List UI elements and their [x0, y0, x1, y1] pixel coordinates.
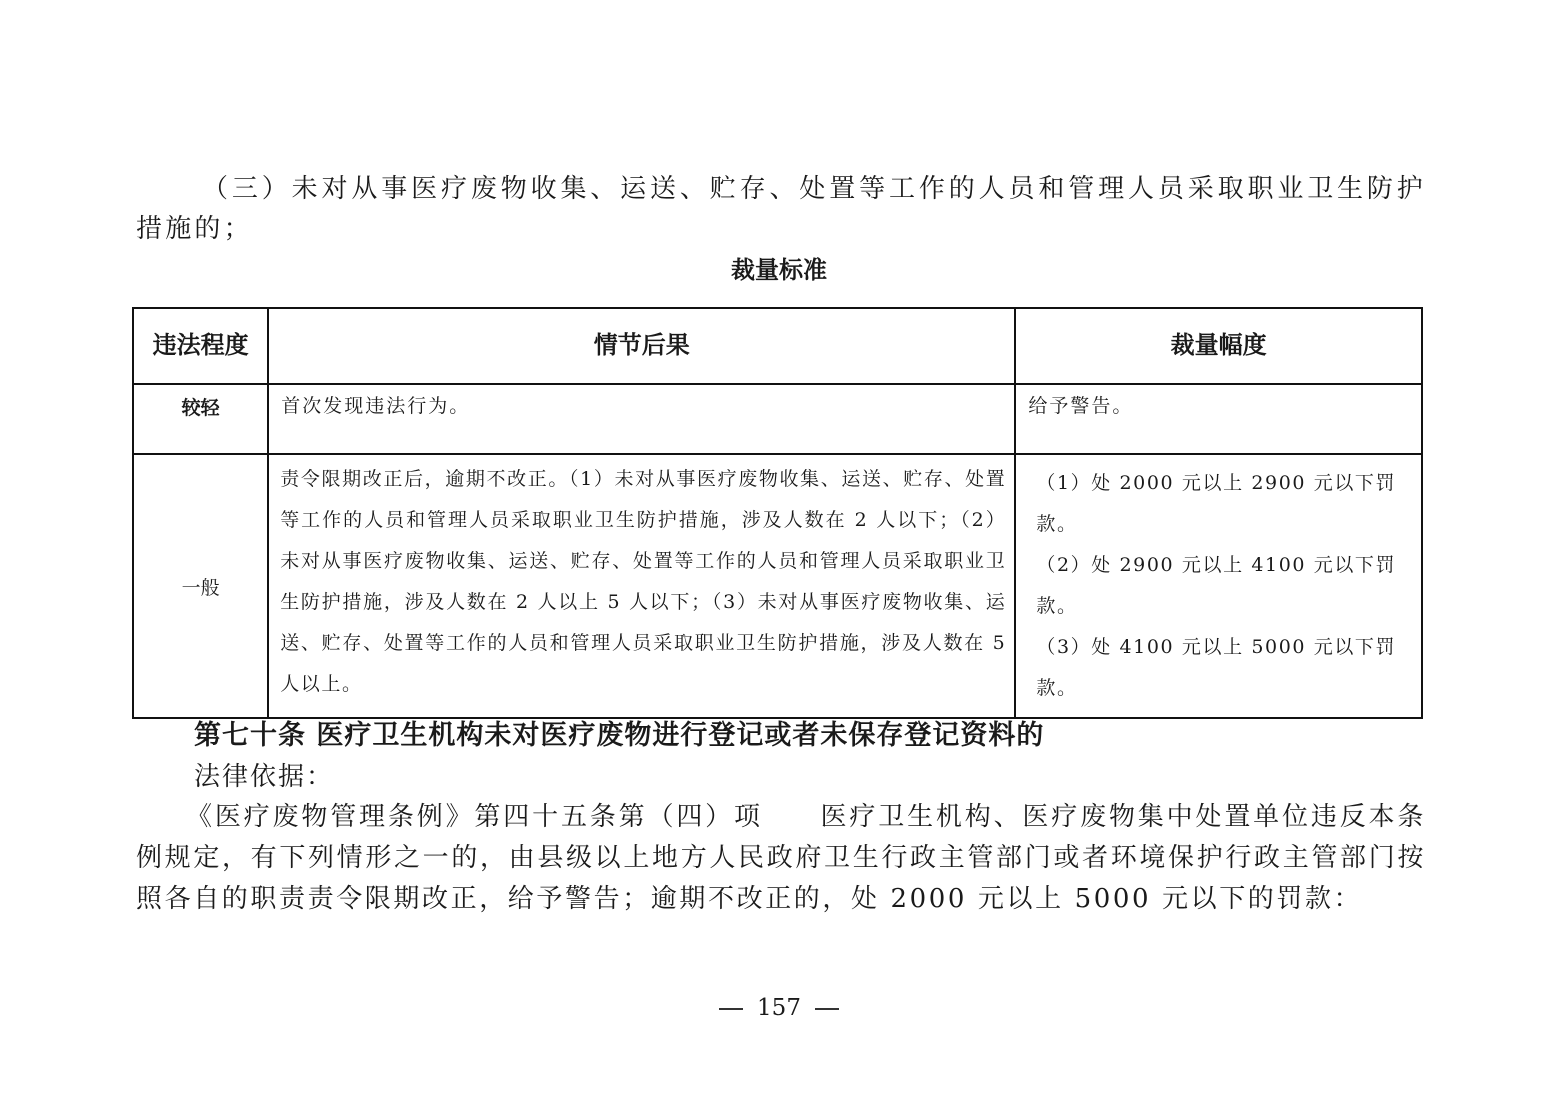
article-heading: 第七十条 医疗卫生机构未对医疗废物进行登记或者未保存登记资料的	[194, 716, 1044, 756]
level-cell: 较轻	[133, 384, 268, 454]
header-penalty-range: 裁量幅度	[1015, 308, 1422, 384]
penalty-cell: （1）处 2000 元以上 2900 元以下罚款。 （2）处 2900 元以上 …	[1015, 454, 1422, 718]
discretion-standard-table: 违法程度 情节后果 裁量幅度 较轻 首次发现违法行为。 给予警告。 一般 责令限…	[132, 307, 1423, 719]
table-header-row: 违法程度 情节后果 裁量幅度	[133, 308, 1422, 384]
legal-basis-label: 法律依据：	[194, 757, 334, 797]
circumstances-text: 首次发现违法行为。	[269, 385, 1014, 419]
document-page: （三）未对从事医疗废物收集、运送、贮存、处置等工作的人员和管理人员采取职业卫生防…	[0, 0, 1558, 1102]
header-violation-level: 违法程度	[133, 308, 268, 384]
penalty-line: （2）处 2900 元以上 4100 元以下罚款。	[1036, 545, 1421, 627]
level-cell: 一般	[133, 454, 268, 718]
penalty-text: 给予警告。	[1016, 385, 1421, 419]
penalty-line: （3）处 4100 元以上 5000 元以下罚款。	[1036, 627, 1421, 709]
page-number: 157	[757, 995, 801, 1021]
header-circumstances: 情节后果	[268, 308, 1015, 384]
page-number-footer: 157	[0, 992, 1558, 1024]
table-row: 一般 责令限期改正后，逾期不改正。（1）未对从事医疗废物收集、运送、贮存、处置等…	[133, 454, 1422, 718]
legal-basis-text: 《医疗废物管理条例》第四十五条第（四）项 医疗卫生机构、医疗废物集中处置单位违反…	[136, 797, 1426, 920]
item-three-paragraph: （三）未对从事医疗废物收集、运送、贮存、处置等工作的人员和管理人员采取职业卫生防…	[136, 169, 1426, 249]
circumstances-text: 责令限期改正后，逾期不改正。（1）未对从事医疗废物收集、运送、贮存、处置等工作的…	[269, 455, 1014, 705]
penalty-line: （1）处 2000 元以上 2900 元以下罚款。	[1036, 463, 1421, 545]
dash-left	[719, 1008, 743, 1010]
penalty-cell: 给予警告。	[1015, 384, 1422, 454]
dash-right	[815, 1008, 839, 1010]
standard-title: 裁量标准	[0, 252, 1558, 288]
table-row: 较轻 首次发现违法行为。 给予警告。	[133, 384, 1422, 454]
circumstances-cell: 首次发现违法行为。	[268, 384, 1015, 454]
circumstances-cell: 责令限期改正后，逾期不改正。（1）未对从事医疗废物收集、运送、贮存、处置等工作的…	[268, 454, 1015, 718]
